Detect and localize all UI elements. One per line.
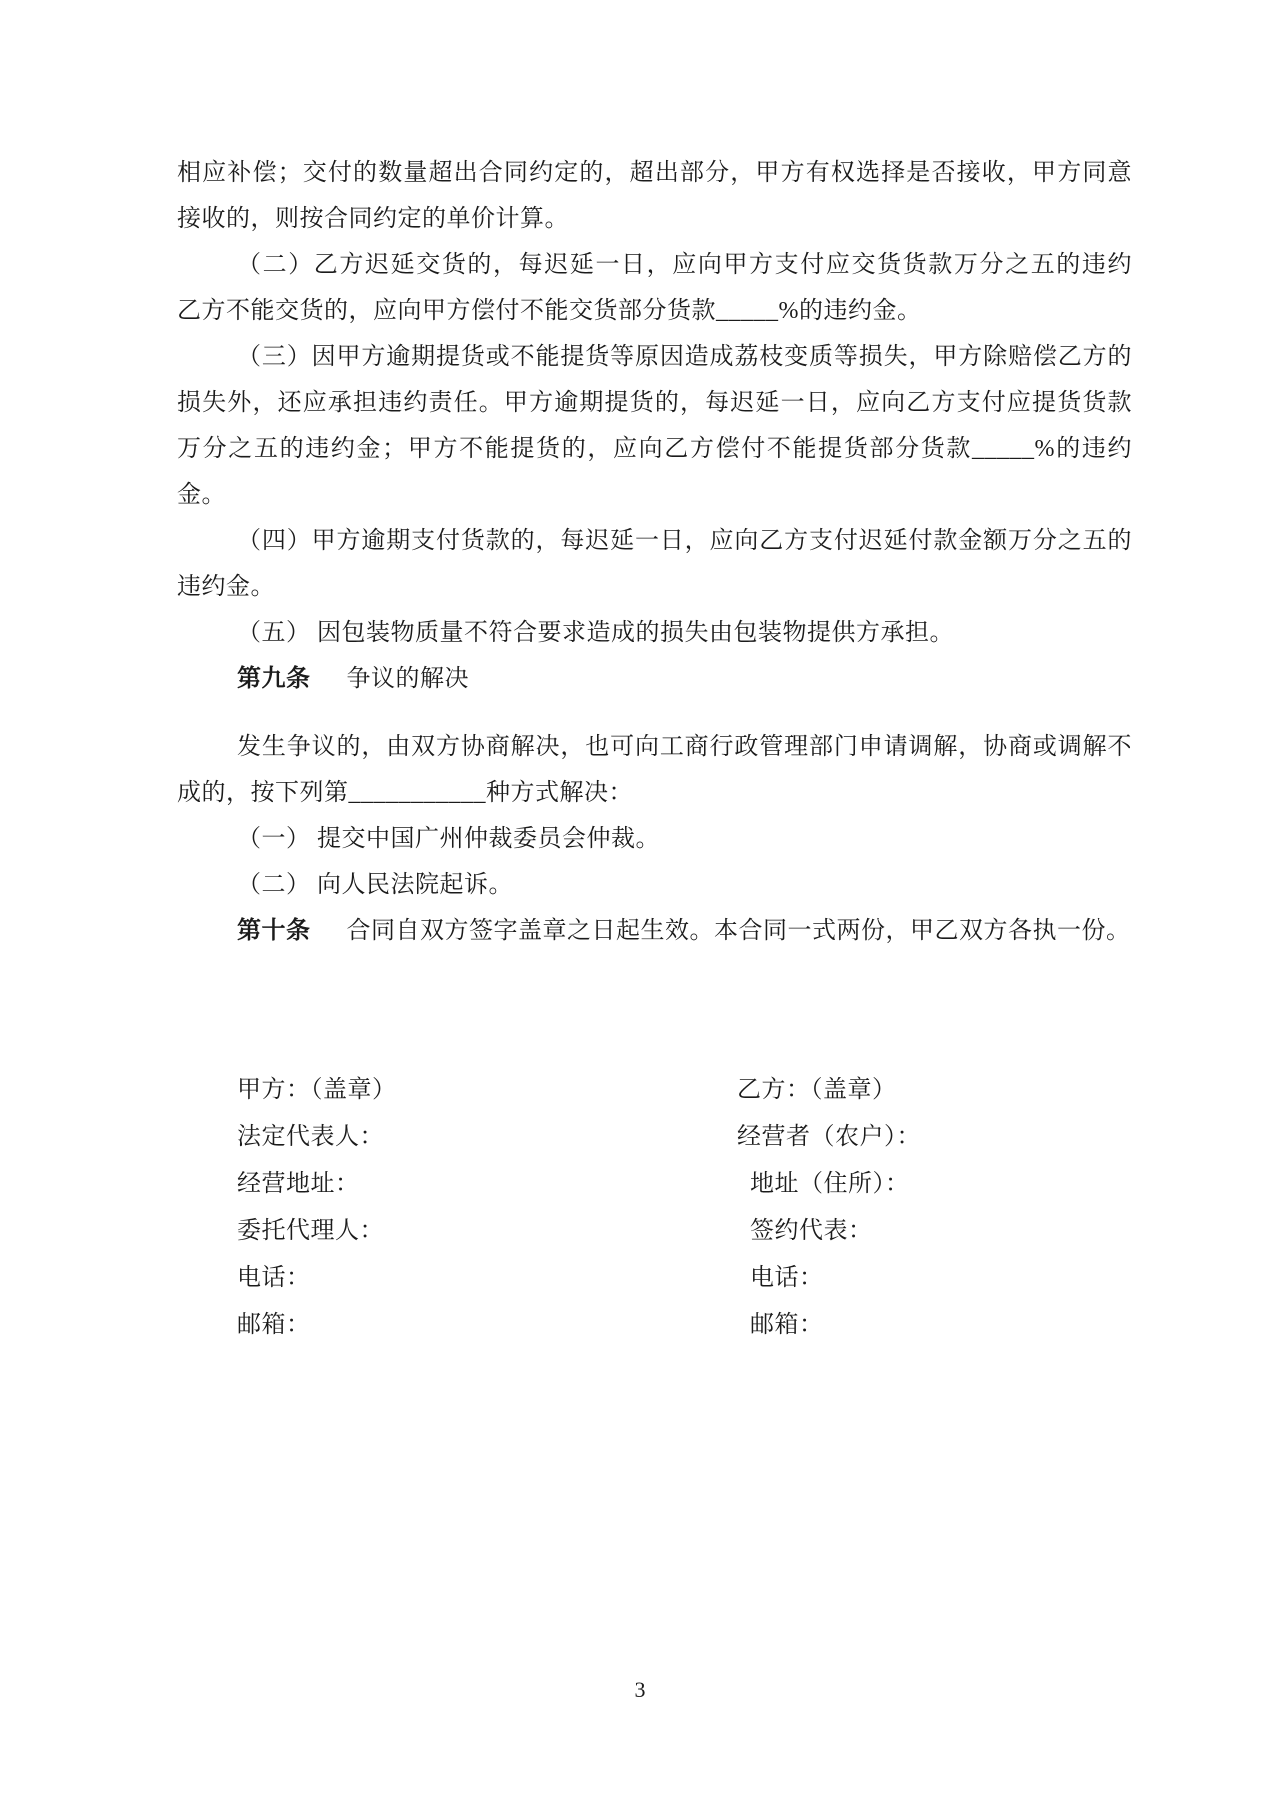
text-line: （四）甲方逾期支付货款的，每迟延一日，应向乙方支付迟延付款金额万分之五的 — [177, 518, 1132, 564]
clause-8-5: （五） 因包装物质量不符合要求造成的损失由包装物提供方承担。 — [177, 610, 1132, 656]
text-line: 成的，按下列第___________种方式解决： — [177, 770, 1132, 816]
text-line: 损失外，还应承担违约责任。甲方逾期提货的，每迟延一日，应向乙方支付应提货货款 — [177, 380, 1132, 426]
contract-page: 相应补偿；交付的数量超出合同约定的，超出部分，甲方有权选择是否接收，甲方同意接收… — [0, 0, 1280, 1810]
text-line: 接收的，则按合同约定的单价计算。 — [177, 196, 1132, 242]
text-line: 金。 — [177, 472, 1132, 518]
clause-8-3: （三）因甲方逾期提货或不能提货等原因造成荔枝变质等损失，甲方除赔偿乙方的损失外，… — [177, 334, 1132, 518]
clause-9-heading: 第九条争议的解决 — [177, 656, 1132, 702]
signature-row: 签约代表： — [737, 1208, 921, 1255]
clause-number: 第九条 — [237, 666, 311, 692]
signature-row: 电话： — [237, 1255, 397, 1302]
text-line: 相应补偿；交付的数量超出合同约定的，超出部分，甲方有权选择是否接收，甲方同意 — [177, 150, 1132, 196]
page-number: 3 — [635, 1677, 646, 1702]
signature-row: 法定代表人： — [237, 1114, 397, 1161]
signature-row: 乙方：（盖章） — [737, 1067, 921, 1114]
text-line: （五） 因包装物质量不符合要求造成的损失由包装物提供方承担。 — [177, 610, 1132, 656]
signature-row: 经营者（农户）： — [737, 1114, 921, 1161]
clause-title-text: 合同自双方签字盖章之日起生效。本合同一式两份，甲乙双方各执一份。 — [347, 918, 1131, 944]
signature-row: 委托代理人： — [237, 1208, 397, 1255]
text-line: 第九条争议的解决 — [177, 656, 1132, 702]
signature-row: 邮箱： — [237, 1302, 397, 1349]
signature-row: 甲方：（盖章） — [237, 1067, 397, 1114]
contract-body: 相应补偿；交付的数量超出合同约定的，超出部分，甲方有权选择是否接收，甲方同意接收… — [177, 150, 1132, 954]
text-line: 第十条合同自双方签字盖章之日起生效。本合同一式两份，甲乙双方各执一份。 — [177, 908, 1132, 954]
text-line: （二）乙方迟延交货的，每迟延一日，应向甲方支付应交货货款万分之五的违约金； — [177, 242, 1132, 288]
page-footer: 3 — [0, 1676, 1280, 1704]
text-line: （三）因甲方逾期提货或不能提货等原因造成荔枝变质等损失，甲方除赔偿乙方的 — [177, 334, 1132, 380]
signature-row: 电话： — [737, 1255, 921, 1302]
clause-8-4: （四）甲方逾期支付货款的，每迟延一日，应向乙方支付迟延付款金额万分之五的违约金。 — [177, 518, 1132, 610]
clause-9-body: 发生争议的，由双方协商解决，也可向工商行政管理部门申请调解，协商或调解不成的，按… — [177, 724, 1132, 816]
signature-row: 经营地址： — [237, 1161, 397, 1208]
party-a-signature-column: 甲方：（盖章）法定代表人：经营地址：委托代理人：电话：邮箱： — [237, 1067, 397, 1349]
signature-row: 邮箱： — [737, 1302, 921, 1349]
party-b-signature-column: 乙方：（盖章）经营者（农户）：地址（住所）：签约代表：电话：邮箱： — [737, 1067, 921, 1349]
clause-number: 第十条 — [237, 918, 311, 944]
text-line: 发生争议的，由双方协商解决，也可向工商行政管理部门申请调解，协商或调解不 — [177, 724, 1132, 770]
clause-9-option-1: （一） 提交中国广州仲裁委员会仲裁。 — [177, 816, 1132, 862]
clause-10: 第十条合同自双方签字盖章之日起生效。本合同一式两份，甲乙双方各执一份。 — [177, 908, 1132, 954]
clause-9-option-2: （二） 向人民法院起诉。 — [177, 862, 1132, 908]
clause-8-1-continuation: 相应补偿；交付的数量超出合同约定的，超出部分，甲方有权选择是否接收，甲方同意接收… — [177, 150, 1132, 242]
text-line: （一） 提交中国广州仲裁委员会仲裁。 — [177, 816, 1132, 862]
text-line: 万分之五的违约金；甲方不能提货的，应向乙方偿付不能提货部分货款_____%的违约 — [177, 426, 1132, 472]
text-line: 违约金。 — [177, 564, 1132, 610]
text-line: （二） 向人民法院起诉。 — [177, 862, 1132, 908]
text-line: 乙方不能交货的，应向甲方偿付不能交货部分货款_____%的违约金。 — [177, 288, 1132, 334]
signature-row: 地址（住所）： — [737, 1161, 921, 1208]
clause-title-text: 争议的解决 — [347, 666, 470, 692]
clause-8-2: （二）乙方迟延交货的，每迟延一日，应向甲方支付应交货货款万分之五的违约金；乙方不… — [177, 242, 1132, 334]
